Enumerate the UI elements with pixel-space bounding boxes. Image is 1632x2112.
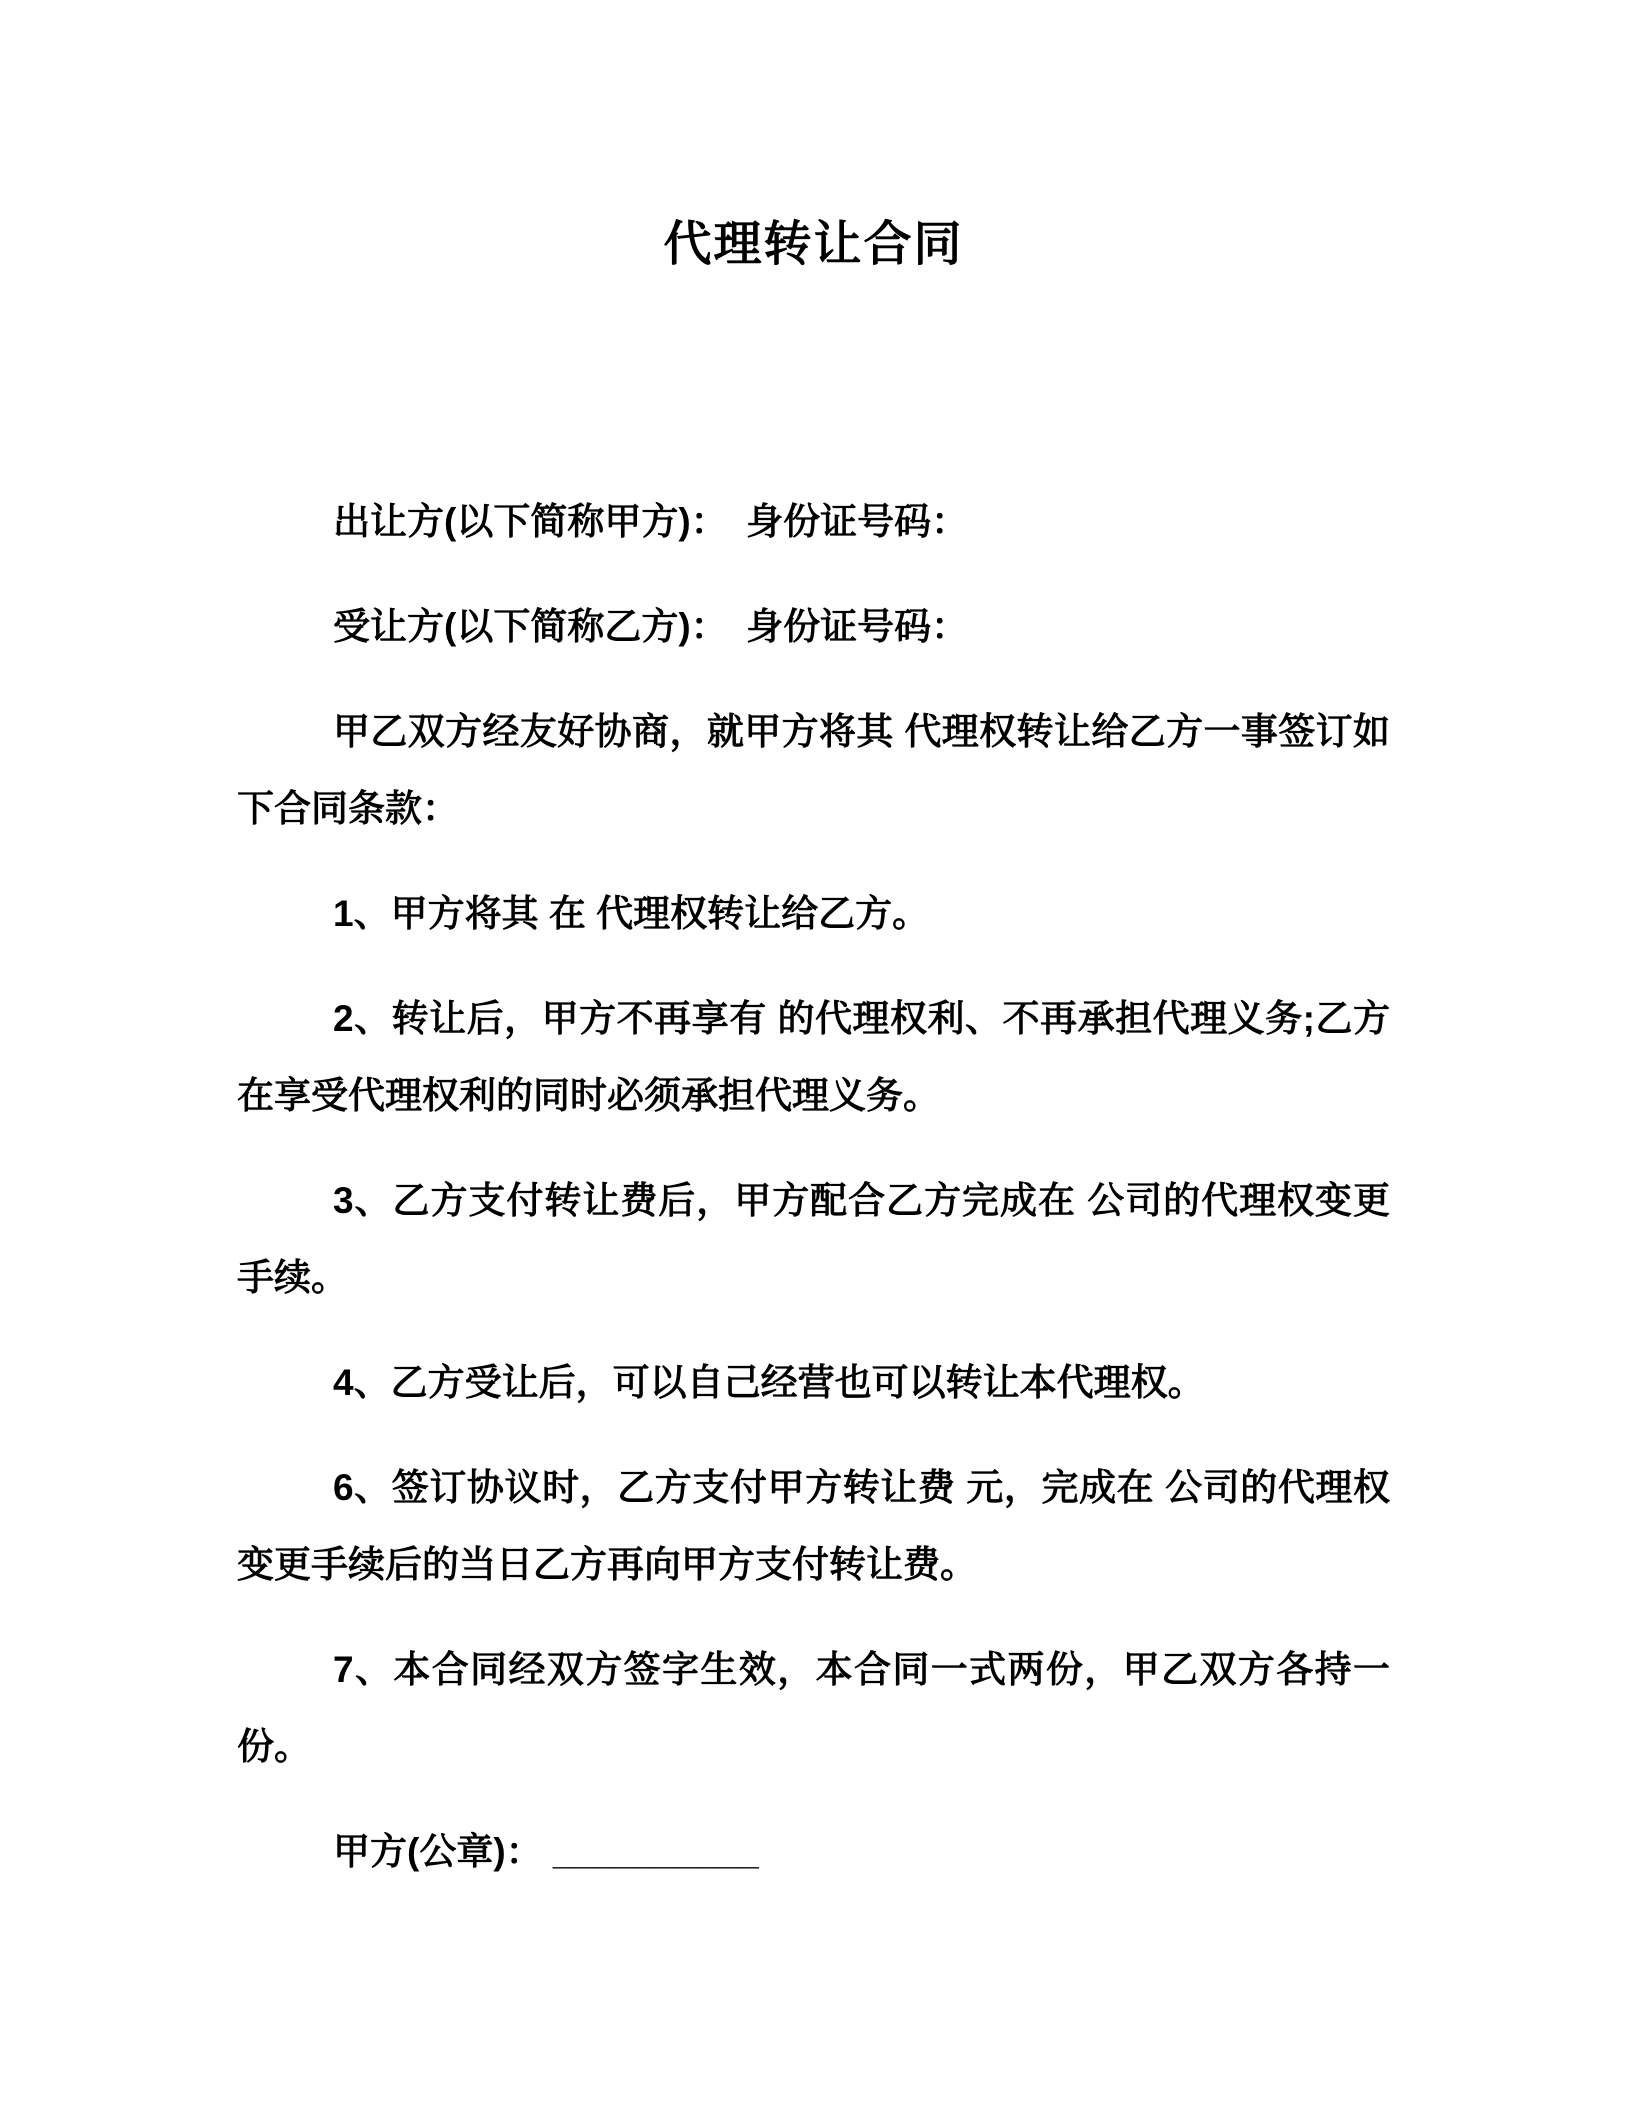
clause-1: 1、甲方将其 在 代理权转让给乙方。 (237, 875, 1390, 952)
document-title: 代理转让合同 (237, 210, 1390, 280)
signature-line-party-a: 甲方(公章)： __________ (237, 1813, 1390, 1890)
preamble-paragraph: 甲乙双方经友好协商，就甲方将其 代理权转让给乙方一事签订如下合同条款： (237, 693, 1390, 847)
clause-6: 6、签订协议时，乙方支付甲方转让费 元，完成在 公司的代理权变更手续后的当日乙方… (237, 1449, 1390, 1603)
clause-3: 3、乙方支付转让费后，甲方配合乙方完成在 公司的代理权变更手续。 (237, 1162, 1390, 1316)
clause-2: 2、转让后，甲方不再享有 的代理权利、不再承担代理义务;乙方在享受代理权利的同时… (237, 980, 1390, 1134)
contract-page: 代理转让合同 出让方(以下简称甲方)： 身份证号码： 受让方(以下简称乙方)： … (0, 0, 1632, 2112)
party-line-transferor: 出让方(以下简称甲方)： 身份证号码： (237, 483, 1390, 560)
contract-content: 代理转让合同 出让方(以下简称甲方)： 身份证号码： 受让方(以下简称乙方)： … (0, 0, 1632, 1890)
clause-4: 4、乙方受让后，可以自己经营也可以转让本代理权。 (237, 1344, 1390, 1421)
clause-7: 7、本合同经双方签字生效，本合同一式两份，甲乙双方各持一份。 (237, 1631, 1390, 1785)
party-line-transferee: 受让方(以下简称乙方)： 身份证号码： (237, 588, 1390, 665)
